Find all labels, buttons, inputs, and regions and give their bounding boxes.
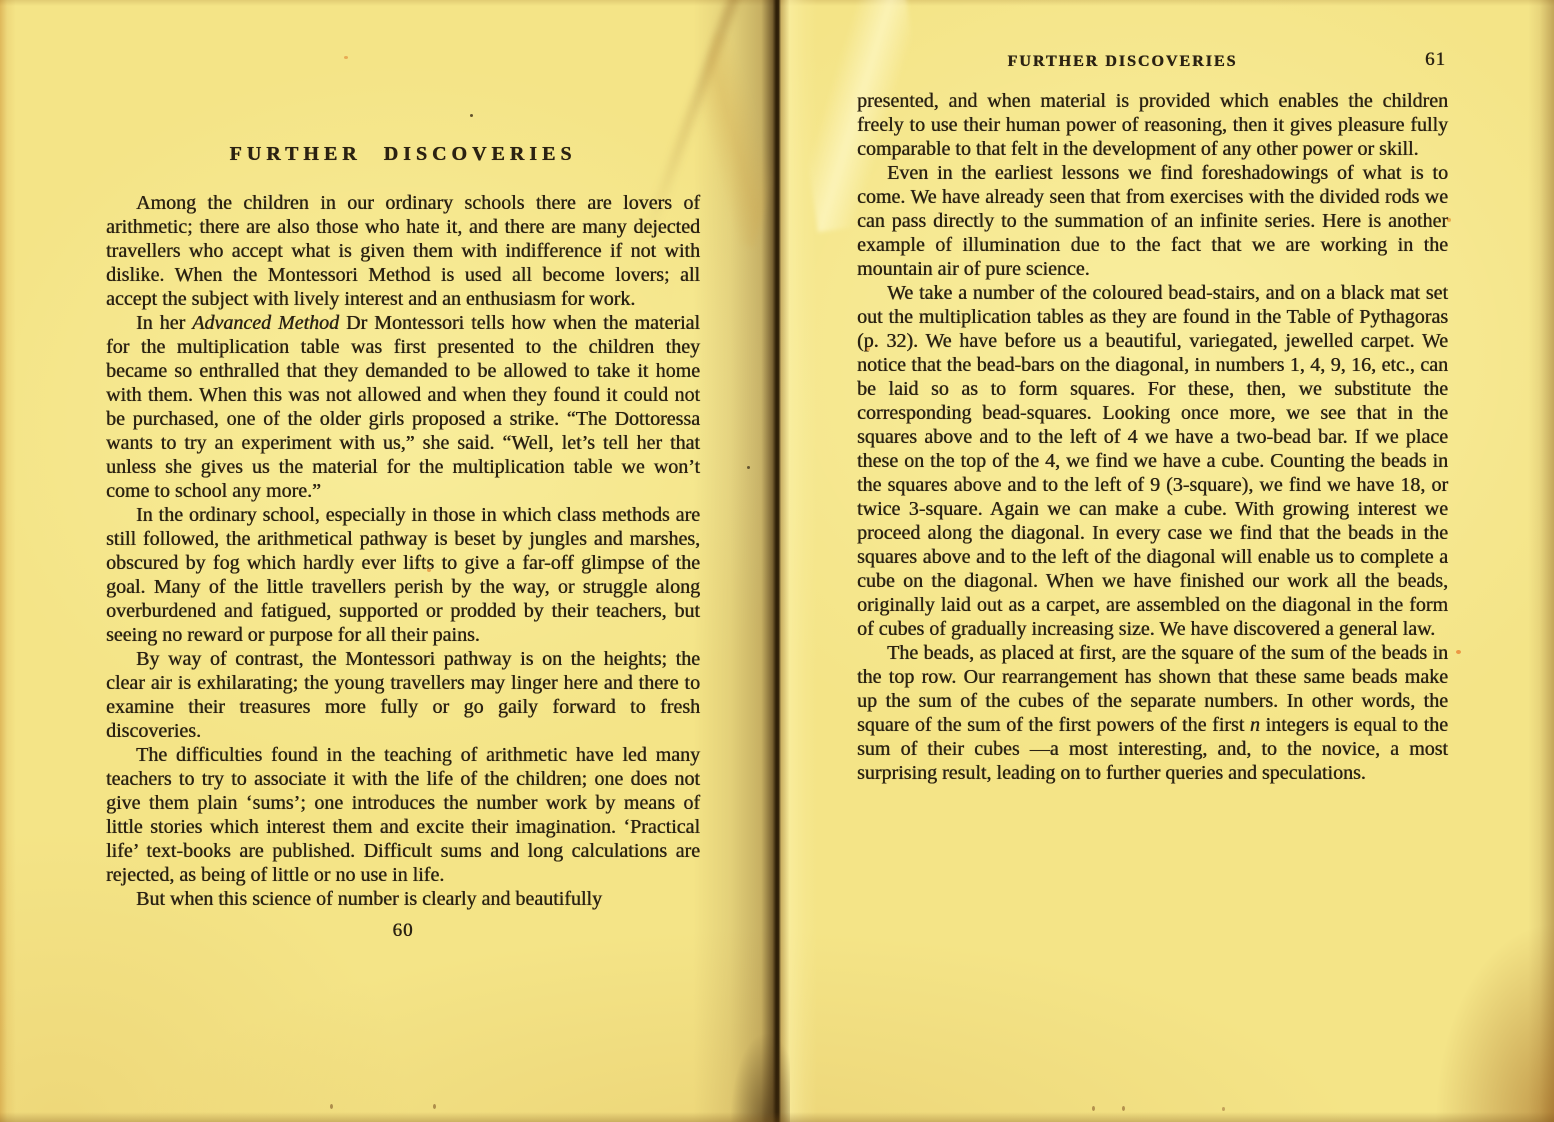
chapter-heading: FURTHER DISCOVERIES bbox=[106, 142, 700, 166]
running-header-title: FURTHER DISCOVERIES bbox=[857, 50, 1388, 74]
text-run: presented, and when material is provided… bbox=[857, 90, 1448, 160]
left-page: FURTHER DISCOVERIES Among the children i… bbox=[106, 142, 700, 943]
paragraph: But when this science of number is clear… bbox=[106, 887, 700, 911]
book-gutter-shadow bbox=[693, 0, 817, 1122]
scan-bottom-edge-shading bbox=[0, 1112, 1554, 1122]
paper-speck bbox=[1222, 1107, 1225, 1111]
paper-speck bbox=[1122, 1106, 1125, 1111]
paragraph: In the ordinary school, especially in th… bbox=[106, 503, 700, 647]
running-header-row: FURTHER DISCOVERIES 61 bbox=[857, 50, 1448, 72]
text-run: In her bbox=[136, 312, 192, 334]
text-run: By way of contrast, the Montessori pathw… bbox=[106, 648, 700, 742]
gutter-bottom-shadow bbox=[730, 1032, 790, 1122]
paragraph: In her Advanced Method Dr Montessori tel… bbox=[106, 311, 700, 503]
paper-speck bbox=[1092, 1106, 1095, 1111]
paragraph: presented, and when material is provided… bbox=[857, 89, 1448, 161]
paper-speck bbox=[1456, 650, 1461, 654]
paragraph: By way of contrast, the Montessori pathw… bbox=[106, 647, 700, 743]
scan-corner-shadow bbox=[1434, 922, 1554, 1122]
italic-text-run: Advanced Method bbox=[192, 312, 339, 334]
italic-text-run: n bbox=[1250, 714, 1260, 736]
right-page-body: presented, and when material is provided… bbox=[857, 89, 1448, 785]
text-run: In the ordinary school, especially in th… bbox=[106, 504, 700, 646]
paper-speck bbox=[470, 114, 473, 117]
paragraph: We take a number of the coloured bead-st… bbox=[857, 281, 1448, 641]
text-run: We take a number of the coloured bead-st… bbox=[857, 282, 1448, 640]
paragraph: The difficulties found in the teaching o… bbox=[106, 743, 700, 887]
text-run: Even in the earliest lessons we find for… bbox=[857, 162, 1448, 280]
paragraph: Even in the earliest lessons we find for… bbox=[857, 161, 1448, 281]
text-run: Among the children in our ordinary schoo… bbox=[106, 192, 700, 310]
paragraph: The beads, as placed at first, are the s… bbox=[857, 641, 1448, 785]
text-run: Dr Montessori tells how when the materia… bbox=[106, 312, 700, 502]
paper-speck bbox=[433, 1104, 436, 1109]
text-run: But when this science of number is clear… bbox=[136, 888, 602, 910]
right-page: FURTHER DISCOVERIES 61 presented, and wh… bbox=[857, 50, 1448, 785]
page-number-61: 61 bbox=[1425, 48, 1446, 72]
paragraph: Among the children in our ordinary schoo… bbox=[106, 191, 700, 311]
paper-speck bbox=[330, 1104, 333, 1109]
scan-left-edge-shading bbox=[0, 0, 16, 1122]
page-number-60: 60 bbox=[106, 919, 700, 943]
left-page-body: Among the children in our ordinary schoo… bbox=[106, 191, 700, 911]
paper-speck bbox=[344, 56, 348, 59]
text-run: The difficulties found in the teaching o… bbox=[106, 744, 700, 886]
